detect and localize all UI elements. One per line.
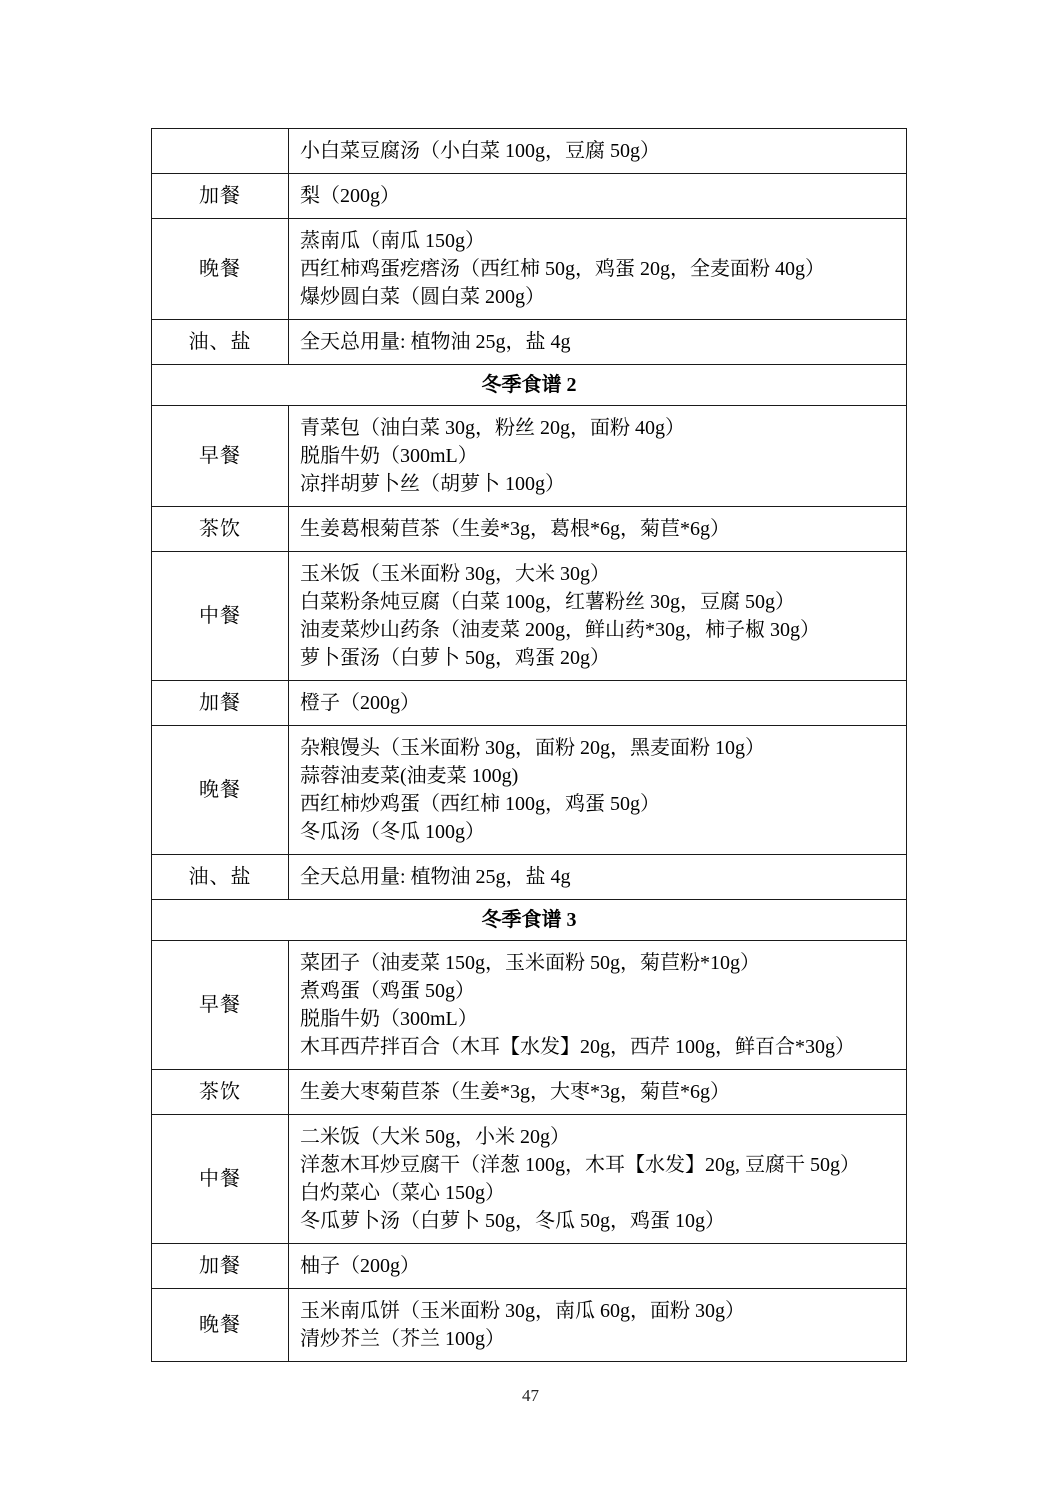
dish-line: 蒜蓉油麦菜(油麦菜 100g) [300,762,900,790]
dish-line: 全天总用量: 植物油 25g，盐 4g [300,863,900,891]
meal-label: 油、盐 [152,855,289,900]
dish-line: 全天总用量: 植物油 25g，盐 4g [300,328,900,356]
meal-label: 油、盐 [152,320,289,365]
dish-line: 冬瓜萝卜汤（白萝卜 50g，冬瓜 50g，鸡蛋 10g） [300,1207,900,1235]
meal-content: 小白菜豆腐汤（小白菜 100g，豆腐 50g） [289,129,907,174]
meal-label: 晚餐 [152,1289,289,1362]
dish-line: 橙子（200g） [300,689,900,717]
table-row: 加餐柚子（200g） [152,1244,907,1289]
table-row: 晚餐玉米南瓜饼（玉米面粉 30g，南瓜 60g，面粉 30g）清炒芥兰（芥兰 1… [152,1289,907,1362]
dish-line: 柚子（200g） [300,1252,900,1280]
table-row: 油、盐全天总用量: 植物油 25g，盐 4g [152,320,907,365]
table-row: 晚餐杂粮馒头（玉米面粉 30g，面粉 20g，黑麦面粉 10g）蒜蓉油麦菜(油麦… [152,726,907,855]
table-row: 中餐二米饭（大米 50g，小米 20g）洋葱木耳炒豆腐干（洋葱 100g，木耳【… [152,1115,907,1244]
meal-label: 晚餐 [152,726,289,855]
dish-line: 菜团子（油麦菜 150g，玉米面粉 50g，菊苣粉*10g） [300,949,900,977]
table-row: 晚餐蒸南瓜（南瓜 150g）西红柿鸡蛋疙瘩汤（西红柿 50g，鸡蛋 20g，全麦… [152,219,907,320]
dish-line: 洋葱木耳炒豆腐干（洋葱 100g，木耳【水发】20g, 豆腐干 50g） [300,1151,900,1179]
dish-line: 白菜粉条炖豆腐（白菜 100g，红薯粉丝 30g，豆腐 50g） [300,588,900,616]
section-header: 冬季食谱 3 [152,900,907,941]
table-row: 茶饮生姜葛根菊苣茶（生姜*3g，葛根*6g，菊苣*6g） [152,507,907,552]
meal-content: 生姜葛根菊苣茶（生姜*3g，葛根*6g，菊苣*6g） [289,507,907,552]
dish-line: 玉米饭（玉米面粉 30g，大米 30g） [300,560,900,588]
page-number: 47 [0,1386,1061,1406]
dish-line: 玉米南瓜饼（玉米面粉 30g，南瓜 60g，面粉 30g） [300,1297,900,1325]
meal-label: 茶饮 [152,507,289,552]
dish-line: 冬瓜汤（冬瓜 100g） [300,818,900,846]
dish-line: 煮鸡蛋（鸡蛋 50g） [300,977,900,1005]
table-row: 早餐菜团子（油麦菜 150g，玉米面粉 50g，菊苣粉*10g）煮鸡蛋（鸡蛋 5… [152,941,907,1070]
meal-label [152,129,289,174]
meal-content: 生姜大枣菊苣茶（生姜*3g，大枣*3g，菊苣*6g） [289,1070,907,1115]
dish-line: 小白菜豆腐汤（小白菜 100g，豆腐 50g） [300,137,900,165]
dish-line: 二米饭（大米 50g，小米 20g） [300,1123,900,1151]
dish-line: 油麦菜炒山药条（油麦菜 200g，鲜山药*30g，柿子椒 30g） [300,616,900,644]
dish-line: 爆炒圆白菜（圆白菜 200g） [300,283,900,311]
dish-line: 杂粮馒头（玉米面粉 30g，面粉 20g，黑麦面粉 10g） [300,734,900,762]
dish-line: 脱脂牛奶（300mL） [300,442,900,470]
dish-line: 生姜葛根菊苣茶（生姜*3g，葛根*6g，菊苣*6g） [300,515,900,543]
dish-line: 生姜大枣菊苣茶（生姜*3g，大枣*3g，菊苣*6g） [300,1078,900,1106]
meal-content: 玉米南瓜饼（玉米面粉 30g，南瓜 60g，面粉 30g）清炒芥兰（芥兰 100… [289,1289,907,1362]
meal-label: 加餐 [152,1244,289,1289]
meal-label: 加餐 [152,174,289,219]
section-header-row: 冬季食谱 3 [152,900,907,941]
meal-label: 晚餐 [152,219,289,320]
dish-line: 西红柿鸡蛋疙瘩汤（西红柿 50g，鸡蛋 20g，全麦面粉 40g） [300,255,900,283]
table-row: 油、盐全天总用量: 植物油 25g，盐 4g [152,855,907,900]
meal-content: 蒸南瓜（南瓜 150g）西红柿鸡蛋疙瘩汤（西红柿 50g，鸡蛋 20g，全麦面粉… [289,219,907,320]
meal-content: 全天总用量: 植物油 25g，盐 4g [289,320,907,365]
dish-line: 脱脂牛奶（300mL） [300,1005,900,1033]
meal-content: 菜团子（油麦菜 150g，玉米面粉 50g，菊苣粉*10g）煮鸡蛋（鸡蛋 50g… [289,941,907,1070]
meal-content: 杂粮馒头（玉米面粉 30g，面粉 20g，黑麦面粉 10g）蒜蓉油麦菜(油麦菜 … [289,726,907,855]
table-row: 中餐玉米饭（玉米面粉 30g，大米 30g）白菜粉条炖豆腐（白菜 100g，红薯… [152,552,907,681]
meal-content: 柚子（200g） [289,1244,907,1289]
meal-content: 玉米饭（玉米面粉 30g，大米 30g）白菜粉条炖豆腐（白菜 100g，红薯粉丝… [289,552,907,681]
meal-content: 梨（200g） [289,174,907,219]
menu-table-body: 小白菜豆腐汤（小白菜 100g，豆腐 50g）加餐梨（200g）晚餐蒸南瓜（南瓜… [152,129,907,1362]
dish-line: 蒸南瓜（南瓜 150g） [300,227,900,255]
dish-line: 西红柿炒鸡蛋（西红柿 100g，鸡蛋 50g） [300,790,900,818]
meal-label: 加餐 [152,681,289,726]
meal-label: 茶饮 [152,1070,289,1115]
dish-line: 梨（200g） [300,182,900,210]
meal-label: 中餐 [152,1115,289,1244]
menu-table: 小白菜豆腐汤（小白菜 100g，豆腐 50g）加餐梨（200g）晚餐蒸南瓜（南瓜… [151,128,907,1362]
meal-content: 全天总用量: 植物油 25g，盐 4g [289,855,907,900]
section-header-row: 冬季食谱 2 [152,365,907,406]
section-header: 冬季食谱 2 [152,365,907,406]
table-row: 加餐梨（200g） [152,174,907,219]
document-page: 小白菜豆腐汤（小白菜 100g，豆腐 50g）加餐梨（200g）晚餐蒸南瓜（南瓜… [0,0,1061,1500]
meal-content: 橙子（200g） [289,681,907,726]
meal-label: 早餐 [152,941,289,1070]
meal-content: 二米饭（大米 50g，小米 20g）洋葱木耳炒豆腐干（洋葱 100g，木耳【水发… [289,1115,907,1244]
table-row: 早餐青菜包（油白菜 30g，粉丝 20g，面粉 40g）脱脂牛奶（300mL）凉… [152,406,907,507]
dish-line: 白灼菜心（菜心 150g） [300,1179,900,1207]
dish-line: 凉拌胡萝卜丝（胡萝卜 100g） [300,470,900,498]
table-row: 加餐橙子（200g） [152,681,907,726]
table-row: 茶饮生姜大枣菊苣茶（生姜*3g，大枣*3g，菊苣*6g） [152,1070,907,1115]
meal-label: 早餐 [152,406,289,507]
dish-line: 萝卜蛋汤（白萝卜 50g，鸡蛋 20g） [300,644,900,672]
dish-line: 木耳西芹拌百合（木耳【水发】20g，西芹 100g，鲜百合*30g） [300,1033,900,1061]
dish-line: 清炒芥兰（芥兰 100g） [300,1325,900,1353]
meal-content: 青菜包（油白菜 30g，粉丝 20g，面粉 40g）脱脂牛奶（300mL）凉拌胡… [289,406,907,507]
meal-label: 中餐 [152,552,289,681]
table-row: 小白菜豆腐汤（小白菜 100g，豆腐 50g） [152,129,907,174]
dish-line: 青菜包（油白菜 30g，粉丝 20g，面粉 40g） [300,414,900,442]
